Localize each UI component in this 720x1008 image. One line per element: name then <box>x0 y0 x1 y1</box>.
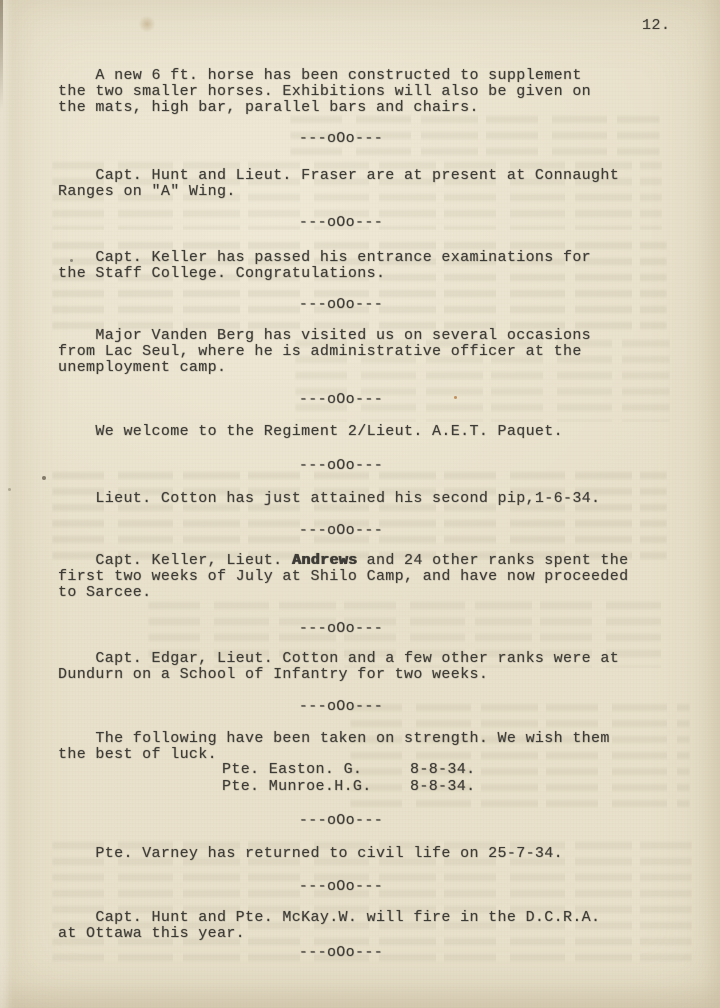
roster-date: 8-8-34. <box>410 761 475 778</box>
paper-speck <box>42 476 46 480</box>
section-divider: ---oOo--- <box>58 699 624 715</box>
text-line: Capt. Edgar, Lieut. Cotton and a few oth… <box>58 651 698 667</box>
scan-edge-shadow <box>0 0 3 110</box>
text-line: The following have been taken on strengt… <box>58 731 698 747</box>
text-line: Major Vanden Berg has visited us on seve… <box>58 328 698 344</box>
overtyped-word: Andrews <box>292 552 357 569</box>
text-line: Pte. Varney has returned to civil life o… <box>58 846 698 862</box>
section-divider: ---oOo--- <box>58 297 624 313</box>
roster-row: Pte. Munroe.H.G.8-8-34. <box>222 779 475 795</box>
roster-name: Pte. Munroe.H.G. <box>222 779 410 795</box>
text-line: first two weeks of July at Shilo Camp, a… <box>58 569 698 585</box>
text-segment: and 24 other ranks spent the <box>357 552 628 569</box>
text-line: Dundurn on a School of Infantry for two … <box>58 667 698 683</box>
scanned-document-page: 12. A new 6 ft. horse has been construct… <box>0 0 720 1008</box>
text-segment: Capt. Keller, Lieut. <box>58 552 292 569</box>
text-line: A new 6 ft. horse has been constructed t… <box>58 68 698 84</box>
section-divider: ---oOo--- <box>58 523 624 539</box>
text-line: the mats, high bar, parallel bars and ch… <box>58 100 698 116</box>
text-line: Capt. Keller, Lieut. Andrews and 24 othe… <box>58 553 698 569</box>
text-line: Capt. Keller has passed his entrance exa… <box>58 250 698 266</box>
section-divider: ---oOo--- <box>58 458 624 474</box>
page-number: 12. <box>642 17 671 34</box>
roster-name: Pte. Easton. G. <box>222 762 410 778</box>
roster-row: Pte. Easton. G.8-8-34. <box>222 762 475 778</box>
text-line: at Ottawa this year. <box>58 926 698 942</box>
section-divider: ---oOo--- <box>58 945 624 961</box>
text-line: Capt. Hunt and Pte. McKay.W. will fire i… <box>58 910 698 926</box>
section-divider: ---oOo--- <box>58 392 624 408</box>
section-divider: ---oOo--- <box>58 131 624 147</box>
text-line: Ranges on "A" Wing. <box>58 184 698 200</box>
text-line: to Sarcee. <box>58 585 698 601</box>
paper-smudge <box>138 16 156 32</box>
bleed-through-texture <box>52 468 667 564</box>
text-line: the best of luck. <box>58 747 698 763</box>
section-divider: ---oOo--- <box>58 813 624 829</box>
section-divider: ---oOo--- <box>58 215 624 231</box>
text-line: We welcome to the Regiment 2/Lieut. A.E.… <box>58 424 698 440</box>
text-line: Capt. Hunt and Lieut. Fraser are at pres… <box>58 168 698 184</box>
scan-edge-highlight <box>0 0 9 1008</box>
text-line: the two smaller horses. Exhibitions will… <box>58 84 698 100</box>
text-line: unemployment camp. <box>58 360 698 376</box>
roster-date: 8-8-34. <box>410 778 475 795</box>
text-line: from Lac Seul, where he is administrativ… <box>58 344 698 360</box>
section-divider: ---oOo--- <box>58 879 624 895</box>
section-divider: ---oOo--- <box>58 621 624 637</box>
text-line: Lieut. Cotton has just attained his seco… <box>58 491 698 507</box>
paper-speck <box>8 488 11 491</box>
text-line: the Staff College. Congratulations. <box>58 266 698 282</box>
